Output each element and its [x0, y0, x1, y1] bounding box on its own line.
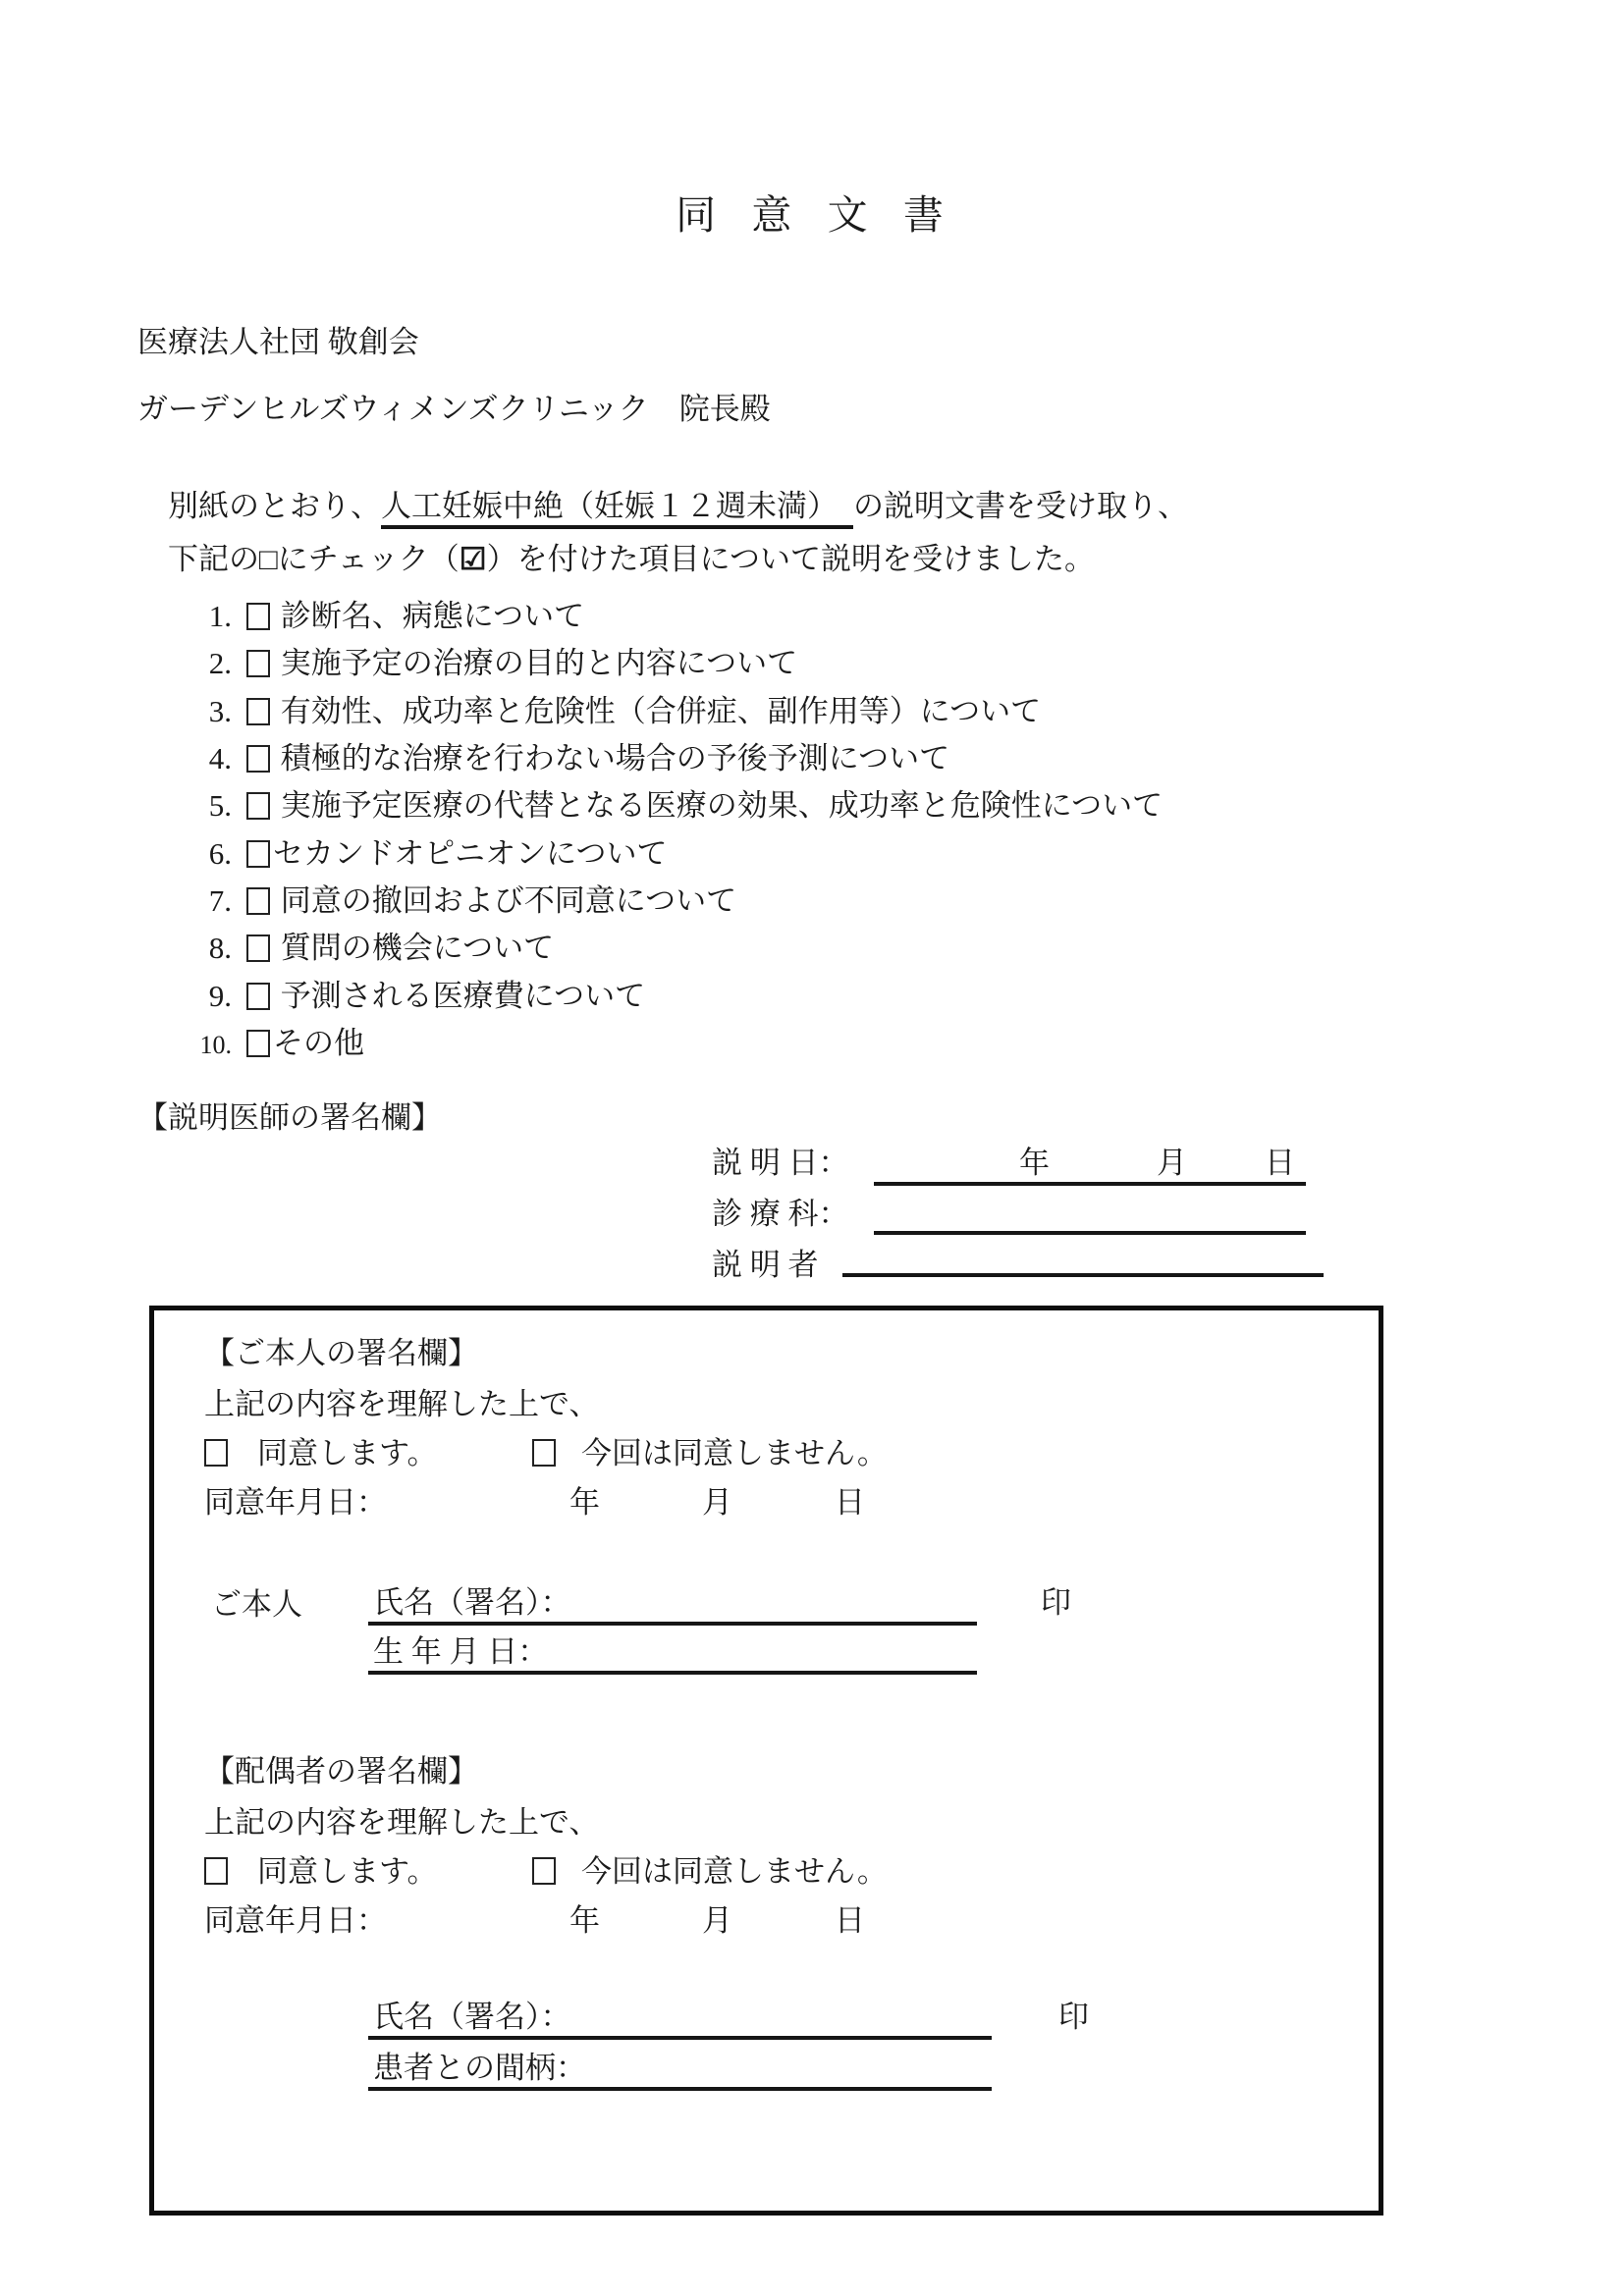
explanation-date-line: [874, 1182, 1306, 1186]
month-label: 月: [702, 1902, 732, 1941]
spouse-intro: 上記の内容を理解した上で、: [204, 1804, 599, 1842]
spouse-disagree-checkbox-icon: [532, 1857, 556, 1885]
explanation-date-label: 説 明 日：: [712, 1145, 849, 1183]
item-number: 10.: [181, 1030, 232, 1062]
spouse-name-line: [368, 2036, 992, 2040]
year-label: 年: [569, 1484, 600, 1522]
recipient-clinic-director: ガーデンヒルズウィメンズクリニック 院長殿: [137, 391, 771, 429]
year-label: 年: [569, 1902, 600, 1941]
person-birth-date-label: 生 年 月 日：: [373, 1633, 548, 1672]
day-label: 日: [835, 1484, 865, 1522]
spouse-seal-label: 印: [1058, 1999, 1089, 2037]
spouse-relation-line: [368, 2087, 992, 2091]
year-label: 年: [1019, 1145, 1050, 1183]
explainer-line: [842, 1273, 1324, 1277]
person-intro: 上記の内容を理解した上で、: [204, 1386, 599, 1424]
month-label: 月: [702, 1484, 732, 1522]
spouse-name-label: 氏名（署名）：: [373, 1999, 571, 2037]
person-name-line: [368, 1622, 977, 1626]
day-label: 日: [1265, 1145, 1295, 1183]
item-label: その他: [273, 1026, 364, 1060]
consent-document-page: 同 意 文 書 医療法人社団 敬創会 ガーデンヒルズウィメンズクリニック 院長殿…: [0, 0, 1624, 2296]
spouse-disagree-label: 今回は同意しません。: [581, 1853, 888, 1892]
person-agree-label: 同意します。: [257, 1435, 438, 1473]
person-agree-checkbox-icon: [204, 1439, 228, 1467]
person-consent-date-label: 同意年月日：: [204, 1484, 387, 1522]
recipient-organization: 医療法人社団 敬創会: [137, 324, 419, 362]
explainer-label: 説 明 者: [712, 1247, 819, 1285]
month-label: 月: [1157, 1145, 1187, 1183]
spouse-relation-label: 患者との間柄：: [373, 2050, 586, 2088]
person-name-label: 氏名（署名）：: [373, 1584, 571, 1623]
person-birth-date-line: [368, 1671, 977, 1675]
doctor-signature-heading: 【説明医師の署名欄】: [137, 1099, 442, 1138]
day-label: 日: [835, 1902, 865, 1941]
empty-checkbox-icon: [246, 1030, 270, 1057]
department-label: 診 療 科：: [712, 1196, 849, 1234]
consent-item-10: 10.その他: [150, 987, 364, 1100]
person-disagree-checkbox-icon: [532, 1439, 556, 1467]
spouse-agree-checkbox-icon: [204, 1857, 228, 1885]
person-disagree-label: 今回は同意しません。: [581, 1435, 888, 1473]
person-seal-label: 印: [1041, 1584, 1071, 1623]
page-title: 同 意 文 書: [0, 183, 1624, 240]
spouse-agree-label: 同意します。: [257, 1853, 438, 1892]
spouse-signature-heading: 【配偶者の署名欄】: [204, 1753, 478, 1791]
person-signature-heading: 【ご本人の署名欄】: [204, 1335, 478, 1373]
person-role-label: ご本人: [211, 1586, 302, 1625]
spouse-consent-date-label: 同意年月日：: [204, 1902, 387, 1941]
department-line: [874, 1231, 1306, 1235]
